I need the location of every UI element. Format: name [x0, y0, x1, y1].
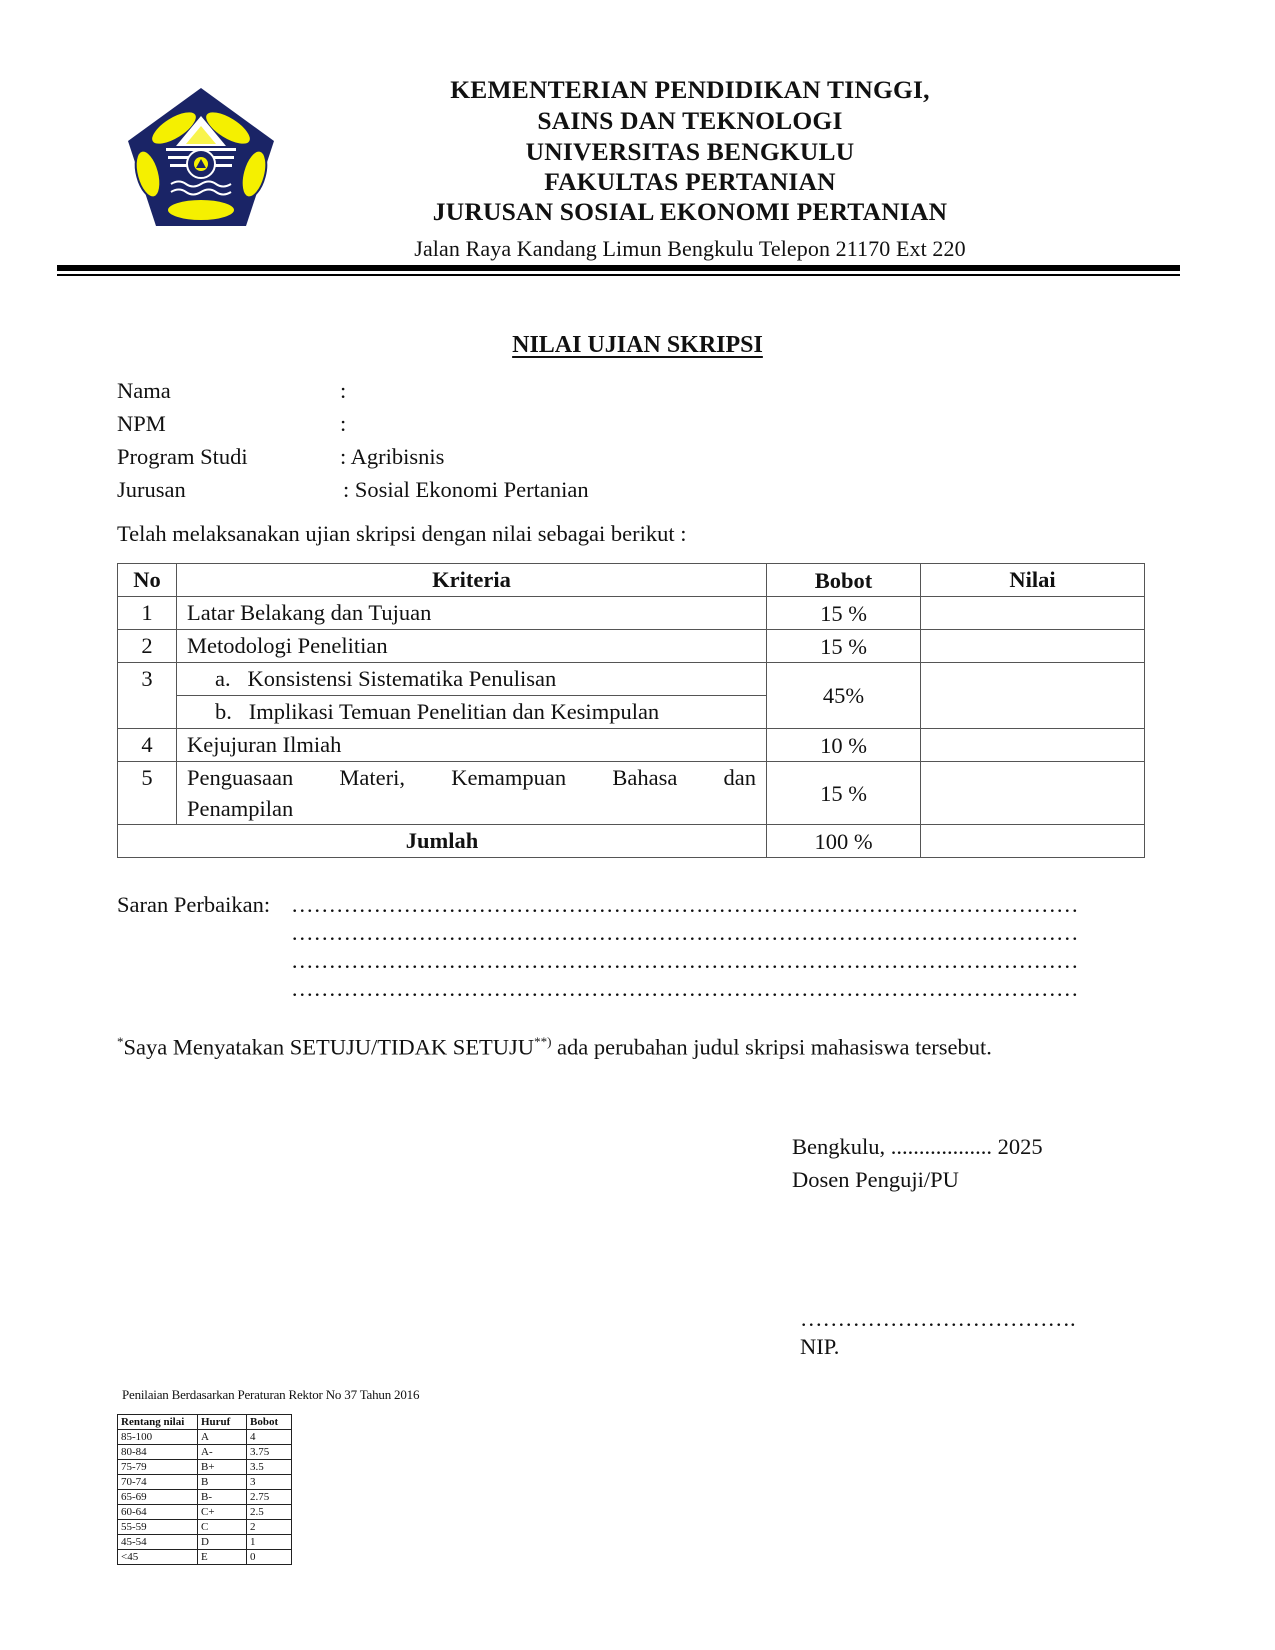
table-row: 2 Metodologi Penelitian 15 % — [118, 630, 1145, 663]
row-no: 2 — [118, 630, 177, 663]
grade-range: <45 — [118, 1550, 198, 1565]
header-weight: Bobot — [247, 1415, 292, 1430]
grade-scale-table: Rentang nilai Huruf Bobot 85-100A480-84A… — [117, 1414, 292, 1565]
grade-range: 55-59 — [118, 1520, 198, 1535]
grade-range: 80-84 — [118, 1445, 198, 1460]
grade-weight: 4 — [247, 1430, 292, 1445]
table-row: 55-59C2 — [118, 1520, 292, 1535]
grade-range: 70-74 — [118, 1475, 198, 1490]
table-row: 65-69B-2.75 — [118, 1490, 292, 1505]
row-criteria: Penguasaan Materi, Kemampuan Bahasa dan … — [177, 762, 767, 825]
grade-letter: C+ — [198, 1505, 247, 1520]
row-score-input[interactable] — [921, 663, 1145, 729]
row-no: 3 — [118, 663, 177, 729]
header-letter: Huruf — [198, 1415, 247, 1430]
letterhead-ministry-line1: KEMENTERIAN PENDIDIKAN TINGGI, — [360, 74, 1020, 105]
letterhead-rule-thin — [57, 274, 1180, 276]
total-weight: 100 % — [767, 825, 921, 858]
table-row: 80-84A-3.75 — [118, 1445, 292, 1460]
signature-nip: NIP. — [800, 1334, 839, 1360]
title-change-statement: *Saya Menyatakan SETUJU/TIDAK SETUJU**) … — [117, 1034, 992, 1061]
grade-letter: B- — [198, 1490, 247, 1505]
table-row: 3 a. Konsistensi Sistematika Penulisan 4… — [118, 663, 1145, 696]
table-row: 5 Penguasaan Materi, Kemampuan Bahasa da… — [118, 762, 1145, 825]
grade-letter: B — [198, 1475, 247, 1490]
table-row: 1 Latar Belakang dan Tujuan 15 % — [118, 597, 1145, 630]
row-weight: 15 % — [767, 630, 921, 663]
grade-scale-caption: Penilaian Berdasarkan Peraturan Rektor N… — [122, 1387, 419, 1403]
grade-letter: D — [198, 1535, 247, 1550]
grade-letter: A- — [198, 1445, 247, 1460]
table-row: 75-79B+3.5 — [118, 1460, 292, 1475]
row-weight: 15 % — [767, 762, 921, 825]
header-no: No — [118, 564, 177, 597]
field-label-nama: Nama — [117, 378, 171, 404]
document-title-text: NILAI UJIAN SKRIPSI — [512, 332, 763, 358]
letterhead-ministry-line2: SAINS DAN TEKNOLOGI — [360, 105, 1020, 136]
field-label-npm: NPM — [117, 411, 166, 437]
signature-place-date: Bengkulu, .................. 2025 — [792, 1134, 1043, 1160]
signature-role: Dosen Penguji/PU — [792, 1167, 959, 1193]
grade-table-header: Rentang nilai Huruf Bobot — [118, 1415, 292, 1430]
grade-range: 60-64 — [118, 1505, 198, 1520]
score-table: No Kriteria Bobot Nilai 1 Latar Belakang… — [117, 563, 1145, 858]
table-row: 45-54D1 — [118, 1535, 292, 1550]
grade-range: 45-54 — [118, 1535, 198, 1550]
total-label: Jumlah — [118, 825, 767, 858]
intro-text: Telah melaksanakan ujian skripsi dengan … — [117, 521, 687, 547]
table-row: 60-64C+2.5 — [118, 1505, 292, 1520]
footnote-mark-2: **) — [534, 1034, 551, 1049]
row-weight: 45% — [767, 663, 921, 729]
grade-weight: 2.75 — [247, 1490, 292, 1505]
suggestions-line-3[interactable]: …………………………………………………………………………………………… — [291, 948, 1146, 974]
grade-letter: B+ — [198, 1460, 247, 1475]
field-label-program-studi: Program Studi — [117, 444, 248, 470]
row-criteria: Latar Belakang dan Tujuan — [177, 597, 767, 630]
grade-weight: 2.5 — [247, 1505, 292, 1520]
row-criteria: Kejujuran Ilmiah — [177, 729, 767, 762]
grade-letter: E — [198, 1550, 247, 1565]
table-row: 70-74B3 — [118, 1475, 292, 1490]
table-row: 4 Kejujuran Ilmiah 10 % — [118, 729, 1145, 762]
grade-weight: 3.5 — [247, 1460, 292, 1475]
grade-weight: 3.75 — [247, 1445, 292, 1460]
header-weight: Bobot — [767, 564, 921, 597]
suggestions-line-1[interactable]: …………………………………………………………………………………………… — [291, 892, 1146, 918]
signature-name-line[interactable]: ………………………………. — [800, 1306, 1076, 1332]
letterhead-department: JURUSAN SOSIAL EKONOMI PERTANIAN — [360, 196, 1020, 227]
letterhead-faculty: FAKULTAS PERTANIAN — [360, 166, 1020, 197]
grade-range: 85-100 — [118, 1430, 198, 1445]
grade-letter: C — [198, 1520, 247, 1535]
grade-weight: 1 — [247, 1535, 292, 1550]
grade-range: 75-79 — [118, 1460, 198, 1475]
document-title: NILAI UJIAN SKRIPSI — [0, 332, 1275, 359]
suggestions-line-4[interactable]: …………………………………………………………………………………………… — [291, 976, 1146, 1002]
row-score-input[interactable] — [921, 630, 1145, 663]
field-value-jurusan: : Sosial Ekonomi Pertanian — [343, 477, 589, 503]
field-label-jurusan: Jurusan — [117, 477, 186, 503]
university-logo — [126, 86, 276, 234]
row-score-input[interactable] — [921, 729, 1145, 762]
suggestions-line-2[interactable]: …………………………………………………………………………………………… — [291, 920, 1146, 946]
statement-choice[interactable]: Saya Menyatakan SETUJU/TIDAK SETUJU — [124, 1035, 535, 1060]
letterhead-rule-thick — [57, 265, 1180, 271]
grade-weight: 2 — [247, 1520, 292, 1535]
row-criteria-sub-a: a. Konsistensi Sistematika Penulisan — [177, 663, 767, 696]
table-row: <45E0 — [118, 1550, 292, 1565]
grade-range: 65-69 — [118, 1490, 198, 1505]
field-value-npm[interactable]: : — [340, 411, 346, 437]
row-criteria-line1: Penguasaan Materi, Kemampuan Bahasa dan — [187, 762, 756, 793]
row-no: 4 — [118, 729, 177, 762]
grade-weight: 0 — [247, 1550, 292, 1565]
row-score-input[interactable] — [921, 597, 1145, 630]
table-row: 85-100A4 — [118, 1430, 292, 1445]
total-score-input[interactable] — [921, 825, 1145, 858]
row-criteria-line2: Penampilan — [187, 793, 756, 824]
row-score-input[interactable] — [921, 762, 1145, 825]
field-value-program-studi: : Agribisnis — [340, 444, 444, 470]
table-total-row: Jumlah 100 % — [118, 825, 1145, 858]
header-score: Nilai — [921, 564, 1145, 597]
header-criteria: Kriteria — [177, 564, 767, 597]
field-value-nama[interactable]: : — [340, 378, 346, 404]
row-criteria-sub-b: b. Implikasi Temuan Penelitian dan Kesim… — [177, 696, 767, 729]
suggestions-label: Saran Perbaikan: — [117, 892, 270, 918]
grade-letter: A — [198, 1430, 247, 1445]
row-weight: 10 % — [767, 729, 921, 762]
header-range: Rentang nilai — [118, 1415, 198, 1430]
row-criteria: Metodologi Penelitian — [177, 630, 767, 663]
grade-weight: 3 — [247, 1475, 292, 1490]
row-no: 5 — [118, 762, 177, 825]
letterhead-address: Jalan Raya Kandang Limun Bengkulu Telepo… — [360, 236, 1020, 262]
score-table-header: No Kriteria Bobot Nilai — [118, 564, 1145, 597]
row-no: 1 — [118, 597, 177, 630]
statement-rest: ada perubahan judul skripsi mahasiswa te… — [551, 1035, 992, 1060]
letterhead-university: UNIVERSITAS BENGKULU — [360, 136, 1020, 167]
row-weight: 15 % — [767, 597, 921, 630]
